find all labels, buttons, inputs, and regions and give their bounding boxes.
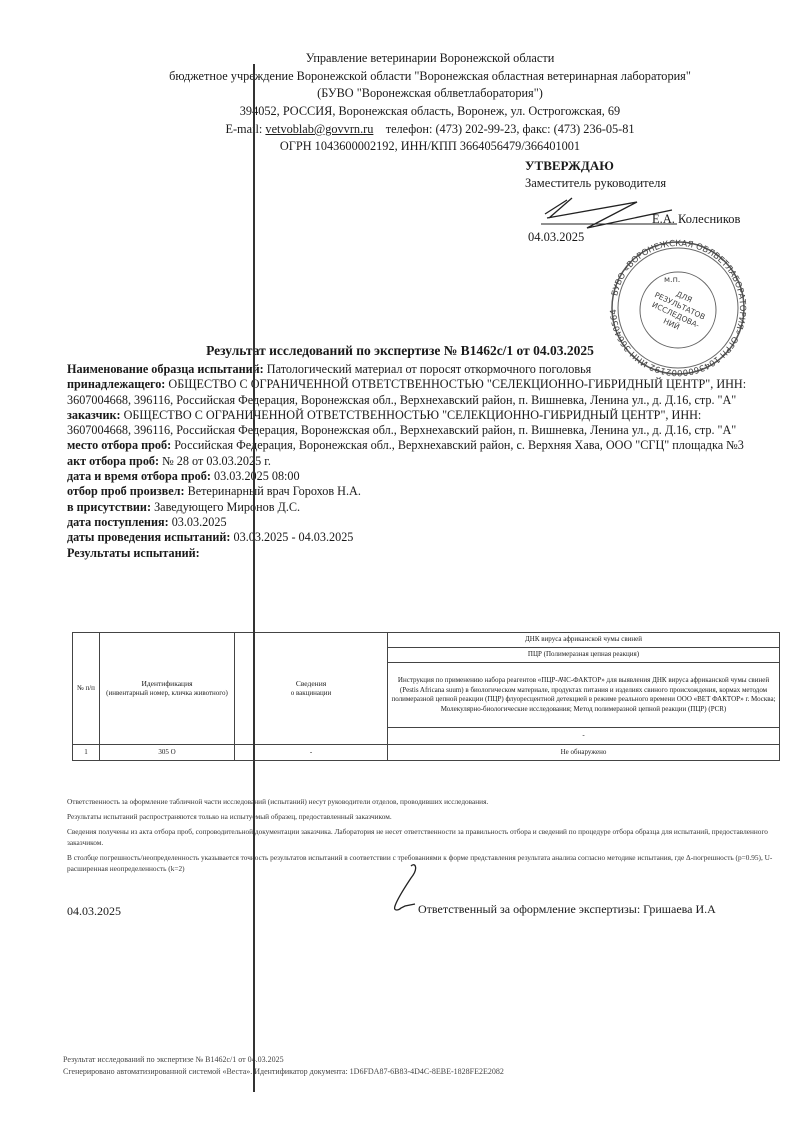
test-name-header: ДНК вируса африканской чумы свиней bbox=[388, 633, 780, 648]
approval-date: 04.03.2025 bbox=[528, 230, 584, 245]
header-org-name: бюджетное учреждение Воронежской области… bbox=[100, 68, 760, 85]
approval-name: Е.А. Колесников bbox=[652, 212, 740, 227]
footer-line-1: Результат исследований по экспертизе № В… bbox=[63, 1054, 504, 1066]
col-header-num: № п/п bbox=[73, 633, 100, 745]
cell-result: Не обнаружено bbox=[388, 745, 780, 761]
header-ogrn: ОГРН 1043600002192, ИНН/КПП 3664056479/3… bbox=[100, 138, 760, 155]
stamp-mp: м.п. bbox=[664, 275, 680, 284]
field-sampling-place: место отбора проб: Российская Федерация,… bbox=[67, 438, 767, 453]
col-header-vaccination: Сведения о вакцинации bbox=[235, 633, 388, 745]
field-owner: принадлежащего: ОБЩЕСТВО С ОГРАНИЧЕННОЙ … bbox=[67, 377, 767, 408]
field-customer: заказчик: ОБЩЕСТВО С ОГРАНИЧЕННОЙ ОТВЕТС… bbox=[67, 408, 767, 439]
field-sample-name: Наименование образца испытаний: Патологи… bbox=[67, 362, 767, 377]
field-sampling-act: акт отбора проб: № 28 от 03.03.2025 г. bbox=[67, 454, 767, 469]
test-nd-header: Инструкция по применению набора реагенто… bbox=[388, 663, 780, 728]
signature-date: 04.03.2025 bbox=[67, 904, 121, 919]
email-link[interactable]: vetvoblab@govvrn.ru bbox=[265, 122, 373, 136]
field-test-dates: даты проведения испытаний: 03.03.2025 - … bbox=[67, 530, 767, 545]
note-1: Ответственность за оформление табличной … bbox=[67, 796, 779, 807]
cell-vaccination: - bbox=[235, 745, 388, 761]
header-address: 394052, РОССИЯ, Воронежская область, Вор… bbox=[100, 103, 760, 120]
field-sampling-datetime: дата и время отбора проб: 03.03.2025 08:… bbox=[67, 469, 767, 484]
phones: телефон: (473) 202-99-23, факс: (473) 23… bbox=[386, 122, 635, 136]
sample-fields: Наименование образца испытаний: Патологи… bbox=[67, 362, 767, 561]
approval-heading: УТВЕРЖДАЮ bbox=[525, 158, 614, 174]
test-method-header: ПЦР (Полимеразная цепная реакция) bbox=[388, 648, 780, 663]
field-sampled-by: отбор проб произвел: Ветеринарный врач Г… bbox=[67, 484, 767, 499]
table-row: 1 305 О - Не обнаружено bbox=[73, 745, 780, 761]
note-3: Сведения получены из акта отбора проб, с… bbox=[67, 826, 779, 848]
col-header-id: Идентификация (инвентарный номер, кличка… bbox=[100, 633, 235, 745]
scan-artifact-line bbox=[253, 64, 255, 1092]
email-label: E-mail: bbox=[225, 122, 262, 136]
note-2: Результаты испытаний распространяются то… bbox=[67, 811, 779, 822]
responsible-person: Ответственный за оформление экспертизы: … bbox=[418, 902, 716, 917]
test-unit-header: - bbox=[388, 728, 780, 745]
header-contacts: E-mail: vetvoblab@govvrn.ru телефон: (47… bbox=[100, 121, 760, 138]
field-received-date: дата поступления: 03.03.2025 bbox=[67, 515, 767, 530]
field-in-presence: в присутствии: Заведующего Миронов Д.С. bbox=[67, 500, 767, 515]
footer: Результат исследований по экспертизе № В… bbox=[63, 1054, 504, 1078]
document-title: Результат исследований по экспертизе № В… bbox=[0, 343, 800, 359]
footer-line-2: Сгенерировано автоматизированной системо… bbox=[63, 1066, 504, 1078]
header-ministry: Управление ветеринарии Воронежской облас… bbox=[100, 50, 760, 67]
cell-num: 1 bbox=[73, 745, 100, 761]
field-results-heading: Результаты испытаний: bbox=[67, 546, 767, 561]
cell-id: 305 О bbox=[100, 745, 235, 761]
header-org-short: (БУВО "Воронежская облветлаборатория") bbox=[100, 85, 760, 102]
results-table: № п/п Идентификация (инвентарный номер, … bbox=[72, 632, 780, 761]
